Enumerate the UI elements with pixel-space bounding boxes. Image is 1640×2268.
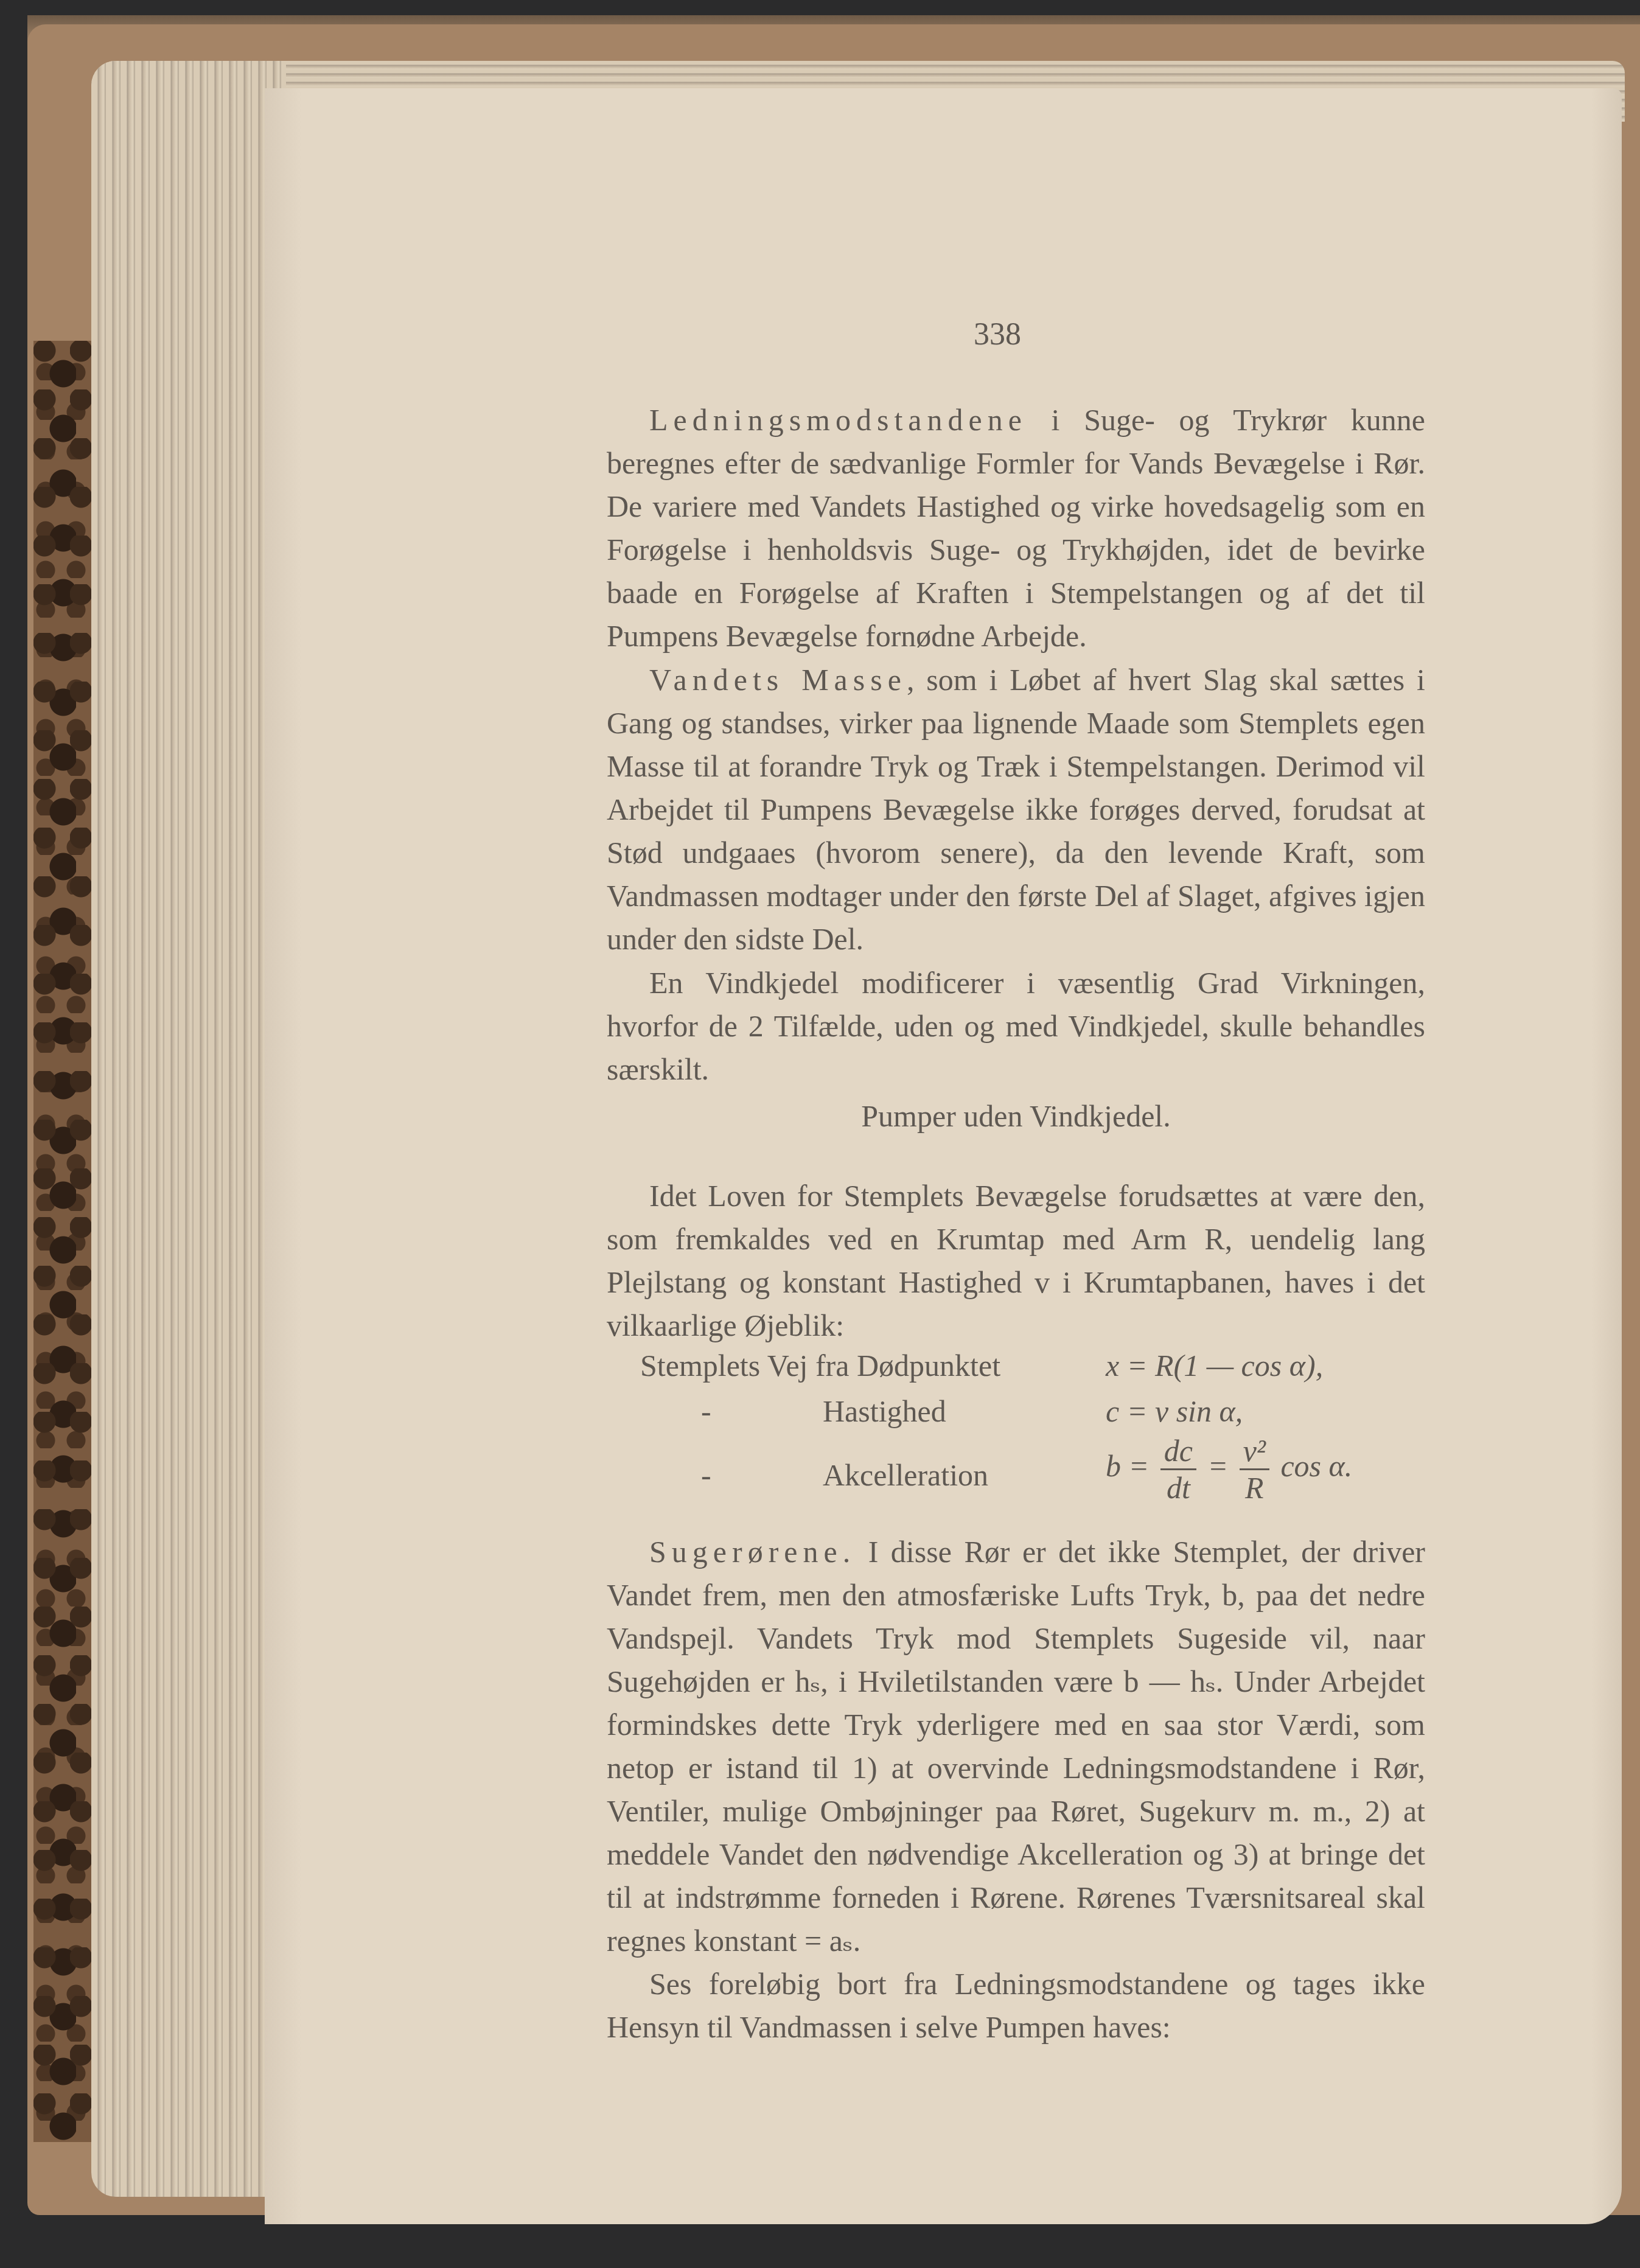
ditto-dash: - (701, 1394, 711, 1429)
formula-label: Hastighed (823, 1394, 946, 1429)
formula-math: b = dcdt = v²R cos α. (1106, 1433, 1352, 1506)
paragraph-2: Vandets Masse, som i Løbet af hvert Slag… (607, 658, 1425, 961)
paragraph-2-lead: Vandets Masse (649, 663, 907, 697)
paragraph-5-lead: Sugerørene. (649, 1535, 856, 1569)
page-number: 338 (974, 316, 1021, 352)
formula-label: Akcelleration (823, 1457, 988, 1493)
formula-row-acceleration: - Akcelleration b = dcdt = v²R cos α. (607, 1433, 1425, 1512)
paragraph-3: En Vindkjedel modificerer i væsentlig Gr… (607, 961, 1425, 1091)
paragraph-5: Sugerørene. I disse Rør er det ikke Stem… (607, 1530, 1425, 1963)
denominator: R (1240, 1470, 1269, 1506)
fraction-dc-dt: dcdt (1160, 1433, 1196, 1506)
denominator: dt (1160, 1470, 1196, 1506)
formula-math: x = R(1 — cos α), (1106, 1348, 1323, 1383)
paragraph-3-text: En Vindkjedel modificerer i væsentlig Gr… (607, 966, 1425, 1086)
section-heading: Pumper uden Vindkjedel. (607, 1098, 1425, 1134)
paragraph-1-lead: Ledningsmodstandene (649, 403, 1027, 437)
paragraph-4-text: Idet Loven for Stemplets Bevægelse forud… (607, 1179, 1425, 1342)
math-eq: = (1207, 1449, 1228, 1483)
math-lhs: b = (1106, 1449, 1149, 1483)
formula-row-position: Stemplets Vej fra Dødpunktet x = R(1 — c… (607, 1348, 1425, 1390)
paragraph-2-text: , som i Løbet af hvert Slag skal sættes … (607, 663, 1425, 956)
paragraph-4: Idet Loven for Stemplets Bevægelse forud… (607, 1174, 1425, 1347)
formula-label: Stemplets Vej fra Dødpunktet (640, 1348, 1000, 1383)
numerator: v² (1240, 1433, 1269, 1470)
formula-math: c = v sin α, (1106, 1394, 1243, 1429)
marbled-cover-strip (33, 341, 91, 2142)
paragraph-6: Ses foreløbig bort fra Ledningsmodstande… (607, 1963, 1425, 2049)
paragraph-1: Ledningsmodstandene i Suge- og Trykrør k… (607, 399, 1425, 658)
paragraph-6-text: Ses foreløbig bort fra Ledningsmodstande… (607, 1967, 1425, 2044)
formula-row-velocity: - Hastighed c = v sin α, (607, 1394, 1425, 1436)
paragraph-5-text: I disse Rør er det ikke Stemplet, der dr… (607, 1535, 1425, 1958)
paragraph-1-text: i Suge- og Trykrør kunne beregnes efter … (607, 403, 1425, 653)
numerator: dc (1160, 1433, 1196, 1470)
math-tail: cos α. (1280, 1449, 1352, 1483)
ditto-dash: - (701, 1457, 711, 1493)
page-stack-left-edge (91, 61, 286, 2197)
fraction-v2-R: v²R (1240, 1433, 1269, 1506)
